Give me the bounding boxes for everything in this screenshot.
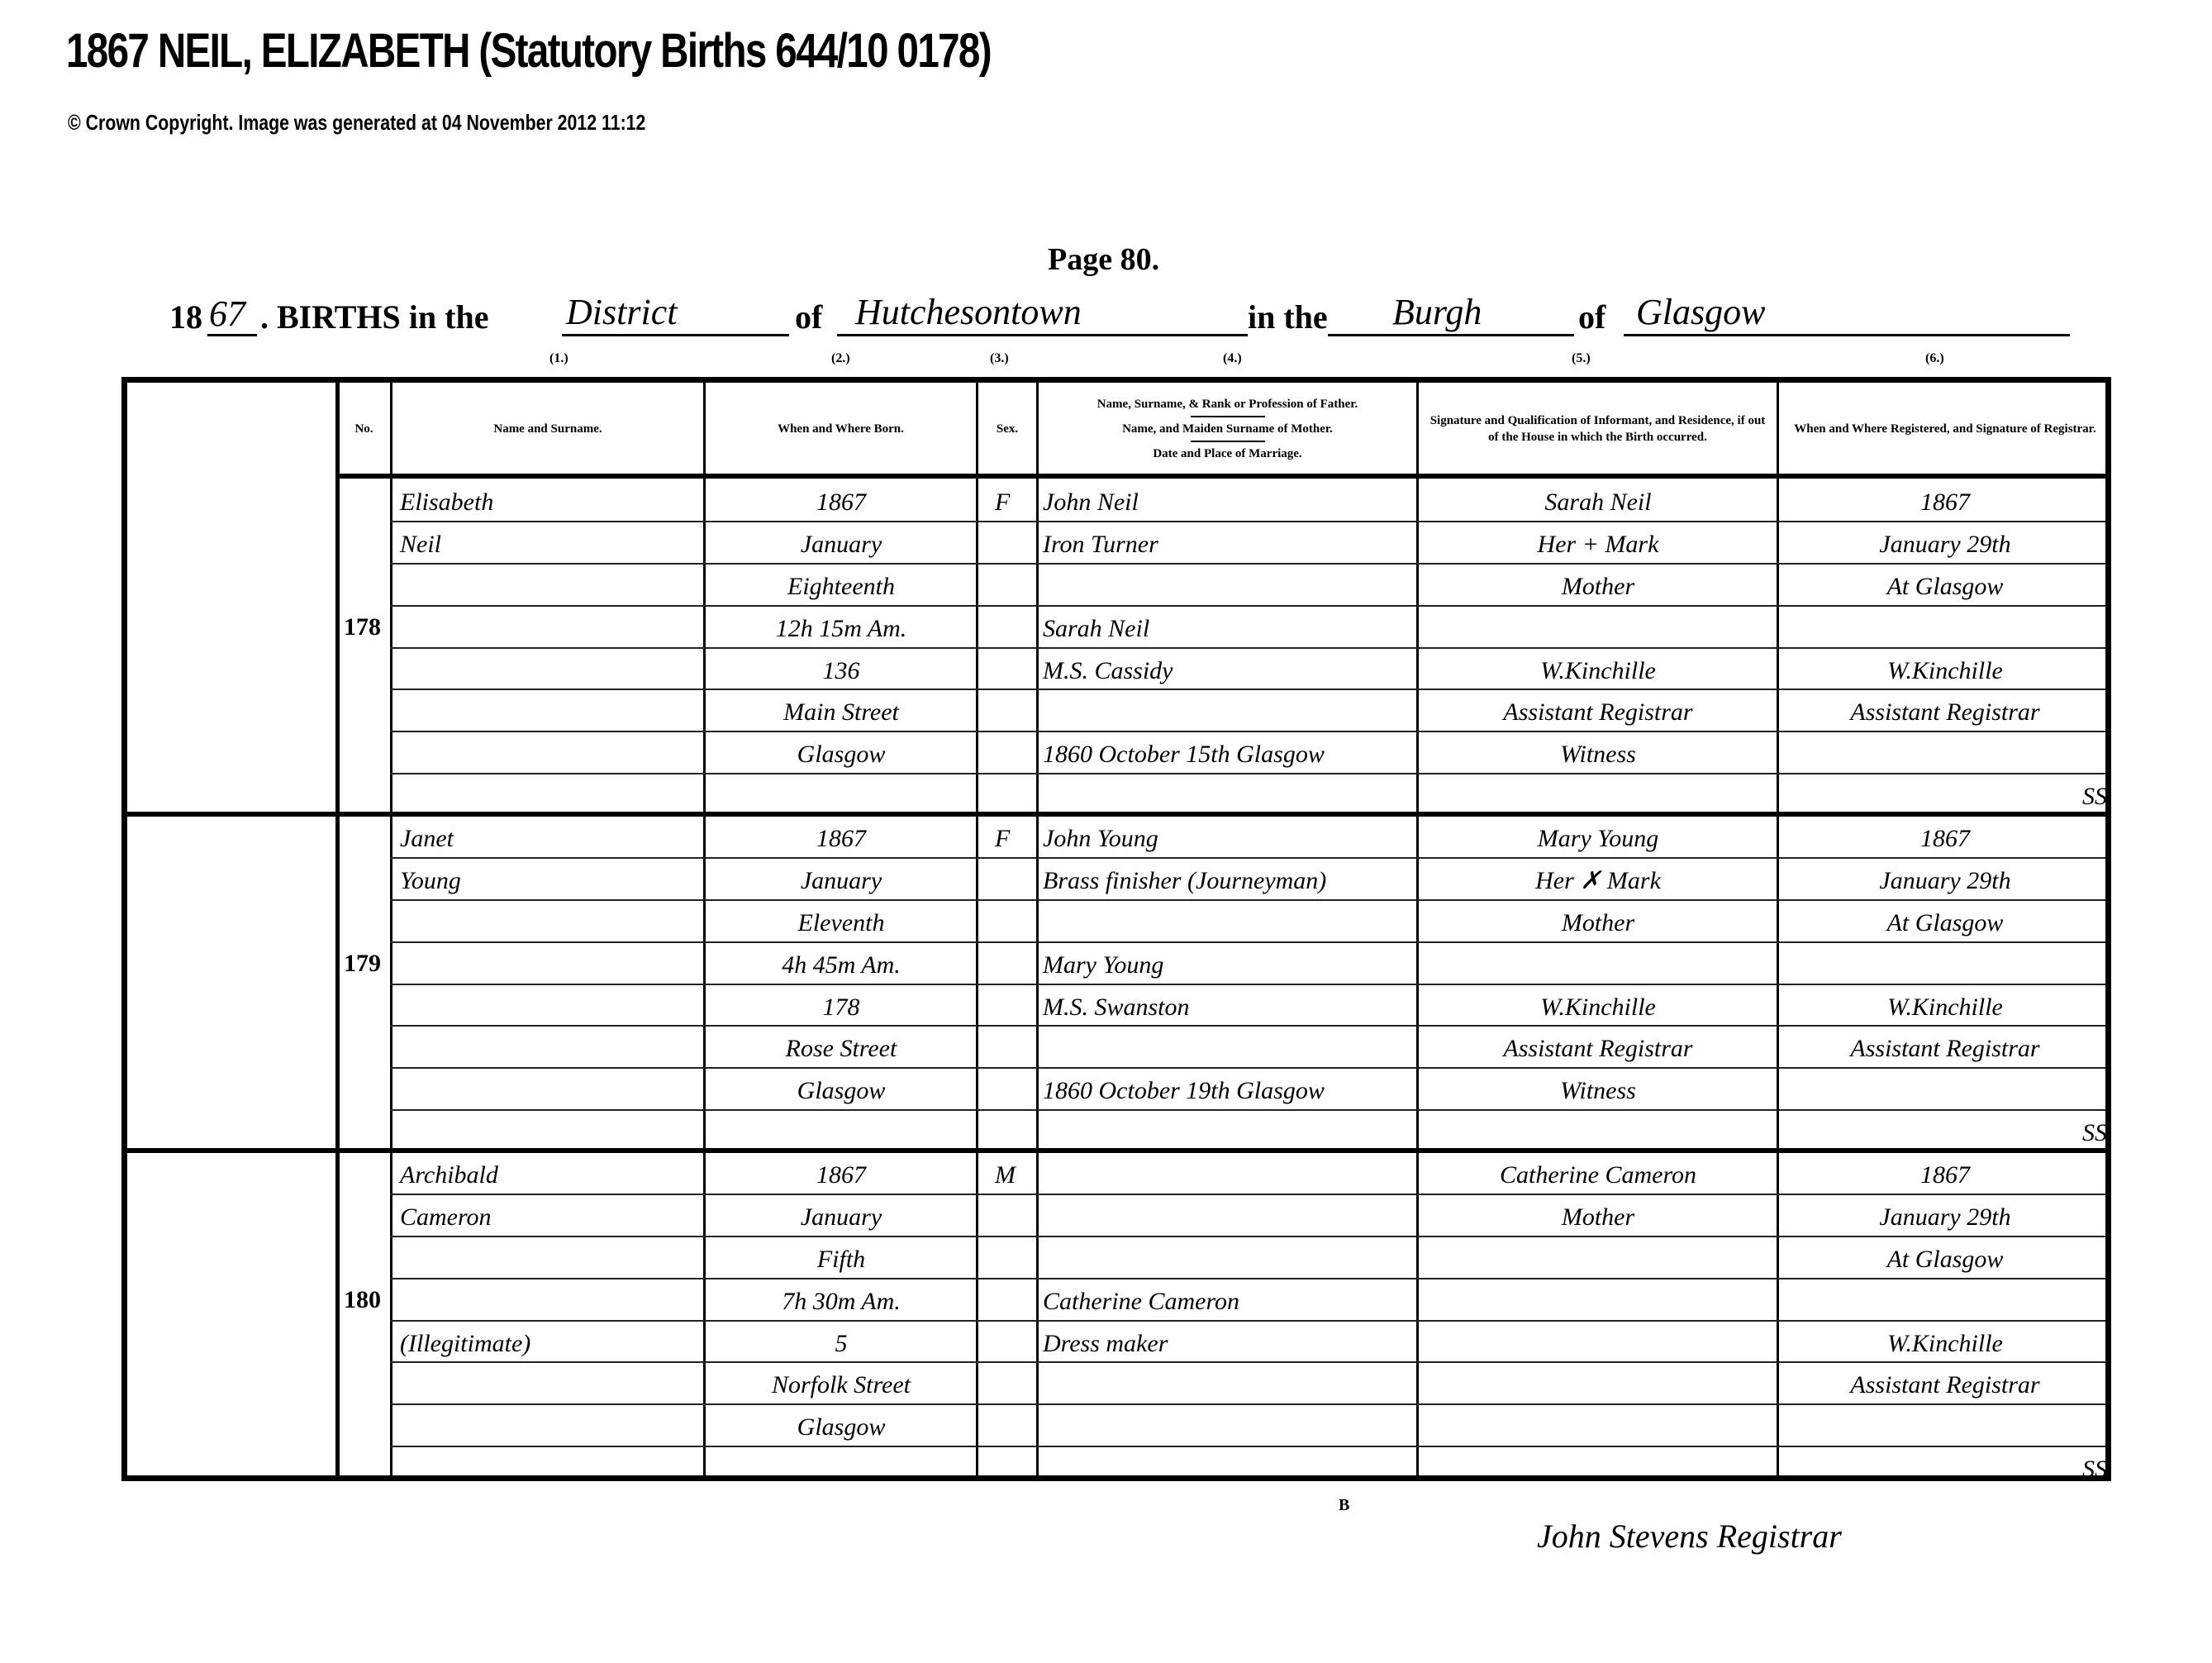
entry-parents-line: Sarah Neil bbox=[1043, 617, 1413, 641]
header-mother: Name, and Maiden Surname of Mother. bbox=[1122, 421, 1333, 437]
entry-registered-line: 1867 bbox=[1783, 827, 2107, 851]
entry-parents-line: Catherine Cameron bbox=[1043, 1289, 1413, 1314]
entry-informant-line: Sarah Neil bbox=[1425, 490, 1772, 515]
entry-name-line: Neil bbox=[400, 532, 697, 557]
header-name: Name and Surname. bbox=[392, 383, 703, 475]
entry-parents-line: M.S. Swanston bbox=[1043, 995, 1413, 1020]
entry-born-line: 1867 bbox=[710, 1163, 973, 1188]
entry-registered-line: W.Kinchille bbox=[1783, 1332, 2107, 1356]
entry-born-line: 12h 15m Am. bbox=[710, 617, 973, 641]
entry-registered-line: January 29th bbox=[1783, 869, 2107, 893]
entry-born-line: 1867 bbox=[710, 490, 973, 515]
column-number: (4.) bbox=[1223, 351, 1242, 366]
entry-informant-line: W.Kinchille bbox=[1425, 659, 1772, 684]
entry-number: 179 bbox=[344, 950, 381, 978]
entry-born-line: Rose Street bbox=[710, 1036, 973, 1061]
entry-sex: F bbox=[995, 827, 1010, 851]
entry-born-line: January bbox=[710, 532, 973, 557]
birth-register-table: No. Name and Surname. When and Where Bor… bbox=[121, 377, 2111, 1481]
entry-born-line: 136 bbox=[710, 659, 973, 684]
entry-informant-line: Mother bbox=[1425, 574, 1772, 599]
column-number: (2.) bbox=[831, 351, 850, 366]
entry-parents-line: 1860 October 15th Glasgow bbox=[1043, 742, 1413, 767]
entry-sex: M bbox=[995, 1163, 1016, 1188]
entry-parents-line: Dress maker bbox=[1043, 1332, 1413, 1356]
entry-registered-line: January 29th bbox=[1783, 1205, 2107, 1230]
year-prefix: 18 bbox=[169, 298, 202, 336]
column-number: (1.) bbox=[549, 351, 568, 366]
entry-registered-line: At Glasgow bbox=[1783, 1247, 2107, 1272]
entry-parents-line: John Young bbox=[1043, 827, 1413, 851]
entry-name-line: Elisabeth bbox=[400, 490, 697, 515]
entry-parents-line: John Neil bbox=[1043, 490, 1413, 515]
entry-informant-line: Mother bbox=[1425, 911, 1772, 936]
entry-born-line: 4h 45m Am. bbox=[710, 953, 973, 978]
entry-name-line: Archibald bbox=[400, 1163, 697, 1188]
burgh-type: Burgh bbox=[1392, 291, 1482, 333]
entry-registered-line: At Glasgow bbox=[1783, 574, 2107, 599]
entry-informant-line: Assistant Registrar bbox=[1425, 1036, 1772, 1061]
entry-informant-line: Her ✗ Mark bbox=[1425, 869, 1772, 893]
district-type: District bbox=[566, 291, 677, 333]
entry-born-line: Glasgow bbox=[710, 742, 973, 767]
entry-registered-line: SS bbox=[1783, 1121, 2107, 1146]
entry-registered-line: At Glasgow bbox=[1783, 911, 2107, 936]
registrar-signature: John Stevens Registrar bbox=[1537, 1517, 1842, 1556]
entry-registered-line: 1867 bbox=[1783, 490, 2107, 515]
entry-registered-line: Assistant Registrar bbox=[1783, 1373, 2107, 1398]
district-name: Hutchesontown bbox=[855, 291, 1082, 333]
in-the-label: in the bbox=[1248, 298, 1328, 336]
entry-name-line: Janet bbox=[400, 827, 697, 851]
entry-registered-line: W.Kinchille bbox=[1783, 659, 2107, 684]
entry-name-line: Cameron bbox=[400, 1205, 697, 1230]
entry-registered-line: 1867 bbox=[1783, 1163, 2107, 1188]
column-number: (6.) bbox=[1925, 351, 1944, 366]
entry-born-line: Glasgow bbox=[710, 1079, 973, 1103]
header-parents: Name, Surname, & Rank or Profession of F… bbox=[1039, 383, 1416, 475]
column-number: (5.) bbox=[1572, 351, 1591, 366]
header-father: Name, Surname, & Rank or Profession of F… bbox=[1097, 396, 1358, 412]
entry-parents-line: Iron Turner bbox=[1043, 532, 1413, 557]
entry-informant-line: Assistant Registrar bbox=[1425, 700, 1772, 725]
entry-sex: F bbox=[995, 490, 1010, 515]
entry-informant-line: Witness bbox=[1425, 1079, 1772, 1103]
entry-born-line: Eleventh bbox=[710, 911, 973, 936]
entry-born-line: Main Street bbox=[710, 700, 973, 725]
births-label: . BIRTHS in the bbox=[260, 298, 488, 336]
year-suffix: 67 bbox=[209, 293, 245, 335]
entry-parents-line: Mary Young bbox=[1043, 953, 1413, 978]
of-label-2: of bbox=[1578, 298, 1605, 336]
copyright-notice: © Crown Copyright. Image was generated a… bbox=[68, 110, 645, 136]
entry-informant-line: Mother bbox=[1425, 1205, 1772, 1230]
header-informant: Signature and Qualification of Informant… bbox=[1419, 383, 1777, 475]
entry-informant-line: Her + Mark bbox=[1425, 532, 1772, 557]
entry-born-line: 178 bbox=[710, 995, 973, 1020]
entry-number: 178 bbox=[344, 613, 381, 641]
entry-name-line: Young bbox=[400, 869, 697, 893]
entry-registered-line: Assistant Registrar bbox=[1783, 700, 2107, 725]
burgh-name: Glasgow bbox=[1636, 291, 1765, 333]
header-marriage: Date and Place of Marriage. bbox=[1153, 446, 1301, 462]
entry-informant-line: W.Kinchille bbox=[1425, 995, 1772, 1020]
of-label-1: of bbox=[795, 298, 822, 336]
entry-informant-line: Catherine Cameron bbox=[1425, 1163, 1772, 1188]
document-title: 1867 NEIL, ELIZABETH (Statutory Births 6… bbox=[66, 23, 991, 79]
entry-informant-line: Witness bbox=[1425, 742, 1772, 767]
entry-registered-line: SS bbox=[1783, 784, 2107, 809]
entry-registered-line: SS bbox=[1783, 1457, 2107, 1482]
entry-born-line: January bbox=[710, 1205, 973, 1230]
header-when-where: When and Where Born. bbox=[706, 383, 976, 475]
header-sex: Sex. bbox=[978, 383, 1036, 475]
entry-born-line: 5 bbox=[710, 1332, 973, 1356]
entry-number: 180 bbox=[344, 1286, 381, 1314]
entry-parents-line: 1860 October 19th Glasgow bbox=[1043, 1079, 1413, 1103]
entry-born-line: Glasgow bbox=[710, 1415, 973, 1440]
entry-born-line: January bbox=[710, 869, 973, 893]
register-heading: 18 67 . BIRTHS in the District of Hutche… bbox=[169, 296, 2070, 337]
entry-born-line: 1867 bbox=[710, 827, 973, 851]
entry-parents-line: M.S. Cassidy bbox=[1043, 659, 1413, 684]
entry-parents-line: Brass finisher (Journeyman) bbox=[1043, 869, 1413, 893]
entry-born-line: Fifth bbox=[710, 1247, 973, 1272]
entry-registered-line: W.Kinchille bbox=[1783, 995, 2107, 1020]
header-no: No. bbox=[338, 383, 390, 475]
header-registered: When and Where Registered, and Signature… bbox=[1779, 383, 2111, 475]
footer-mark: B bbox=[1339, 1496, 1349, 1515]
entry-informant-line: Mary Young bbox=[1425, 827, 1772, 851]
entry-registered-line: January 29th bbox=[1783, 532, 2107, 557]
entry-name-line: (Illegitimate) bbox=[400, 1332, 697, 1356]
entry-registered-line: Assistant Registrar bbox=[1783, 1036, 2107, 1061]
entry-born-line: Eighteenth bbox=[710, 574, 973, 599]
column-number: (3.) bbox=[990, 351, 1009, 366]
entry-born-line: Norfolk Street bbox=[710, 1373, 973, 1398]
entry-born-line: 7h 30m Am. bbox=[710, 1289, 973, 1314]
page-number: Page 80. bbox=[1048, 241, 1159, 278]
